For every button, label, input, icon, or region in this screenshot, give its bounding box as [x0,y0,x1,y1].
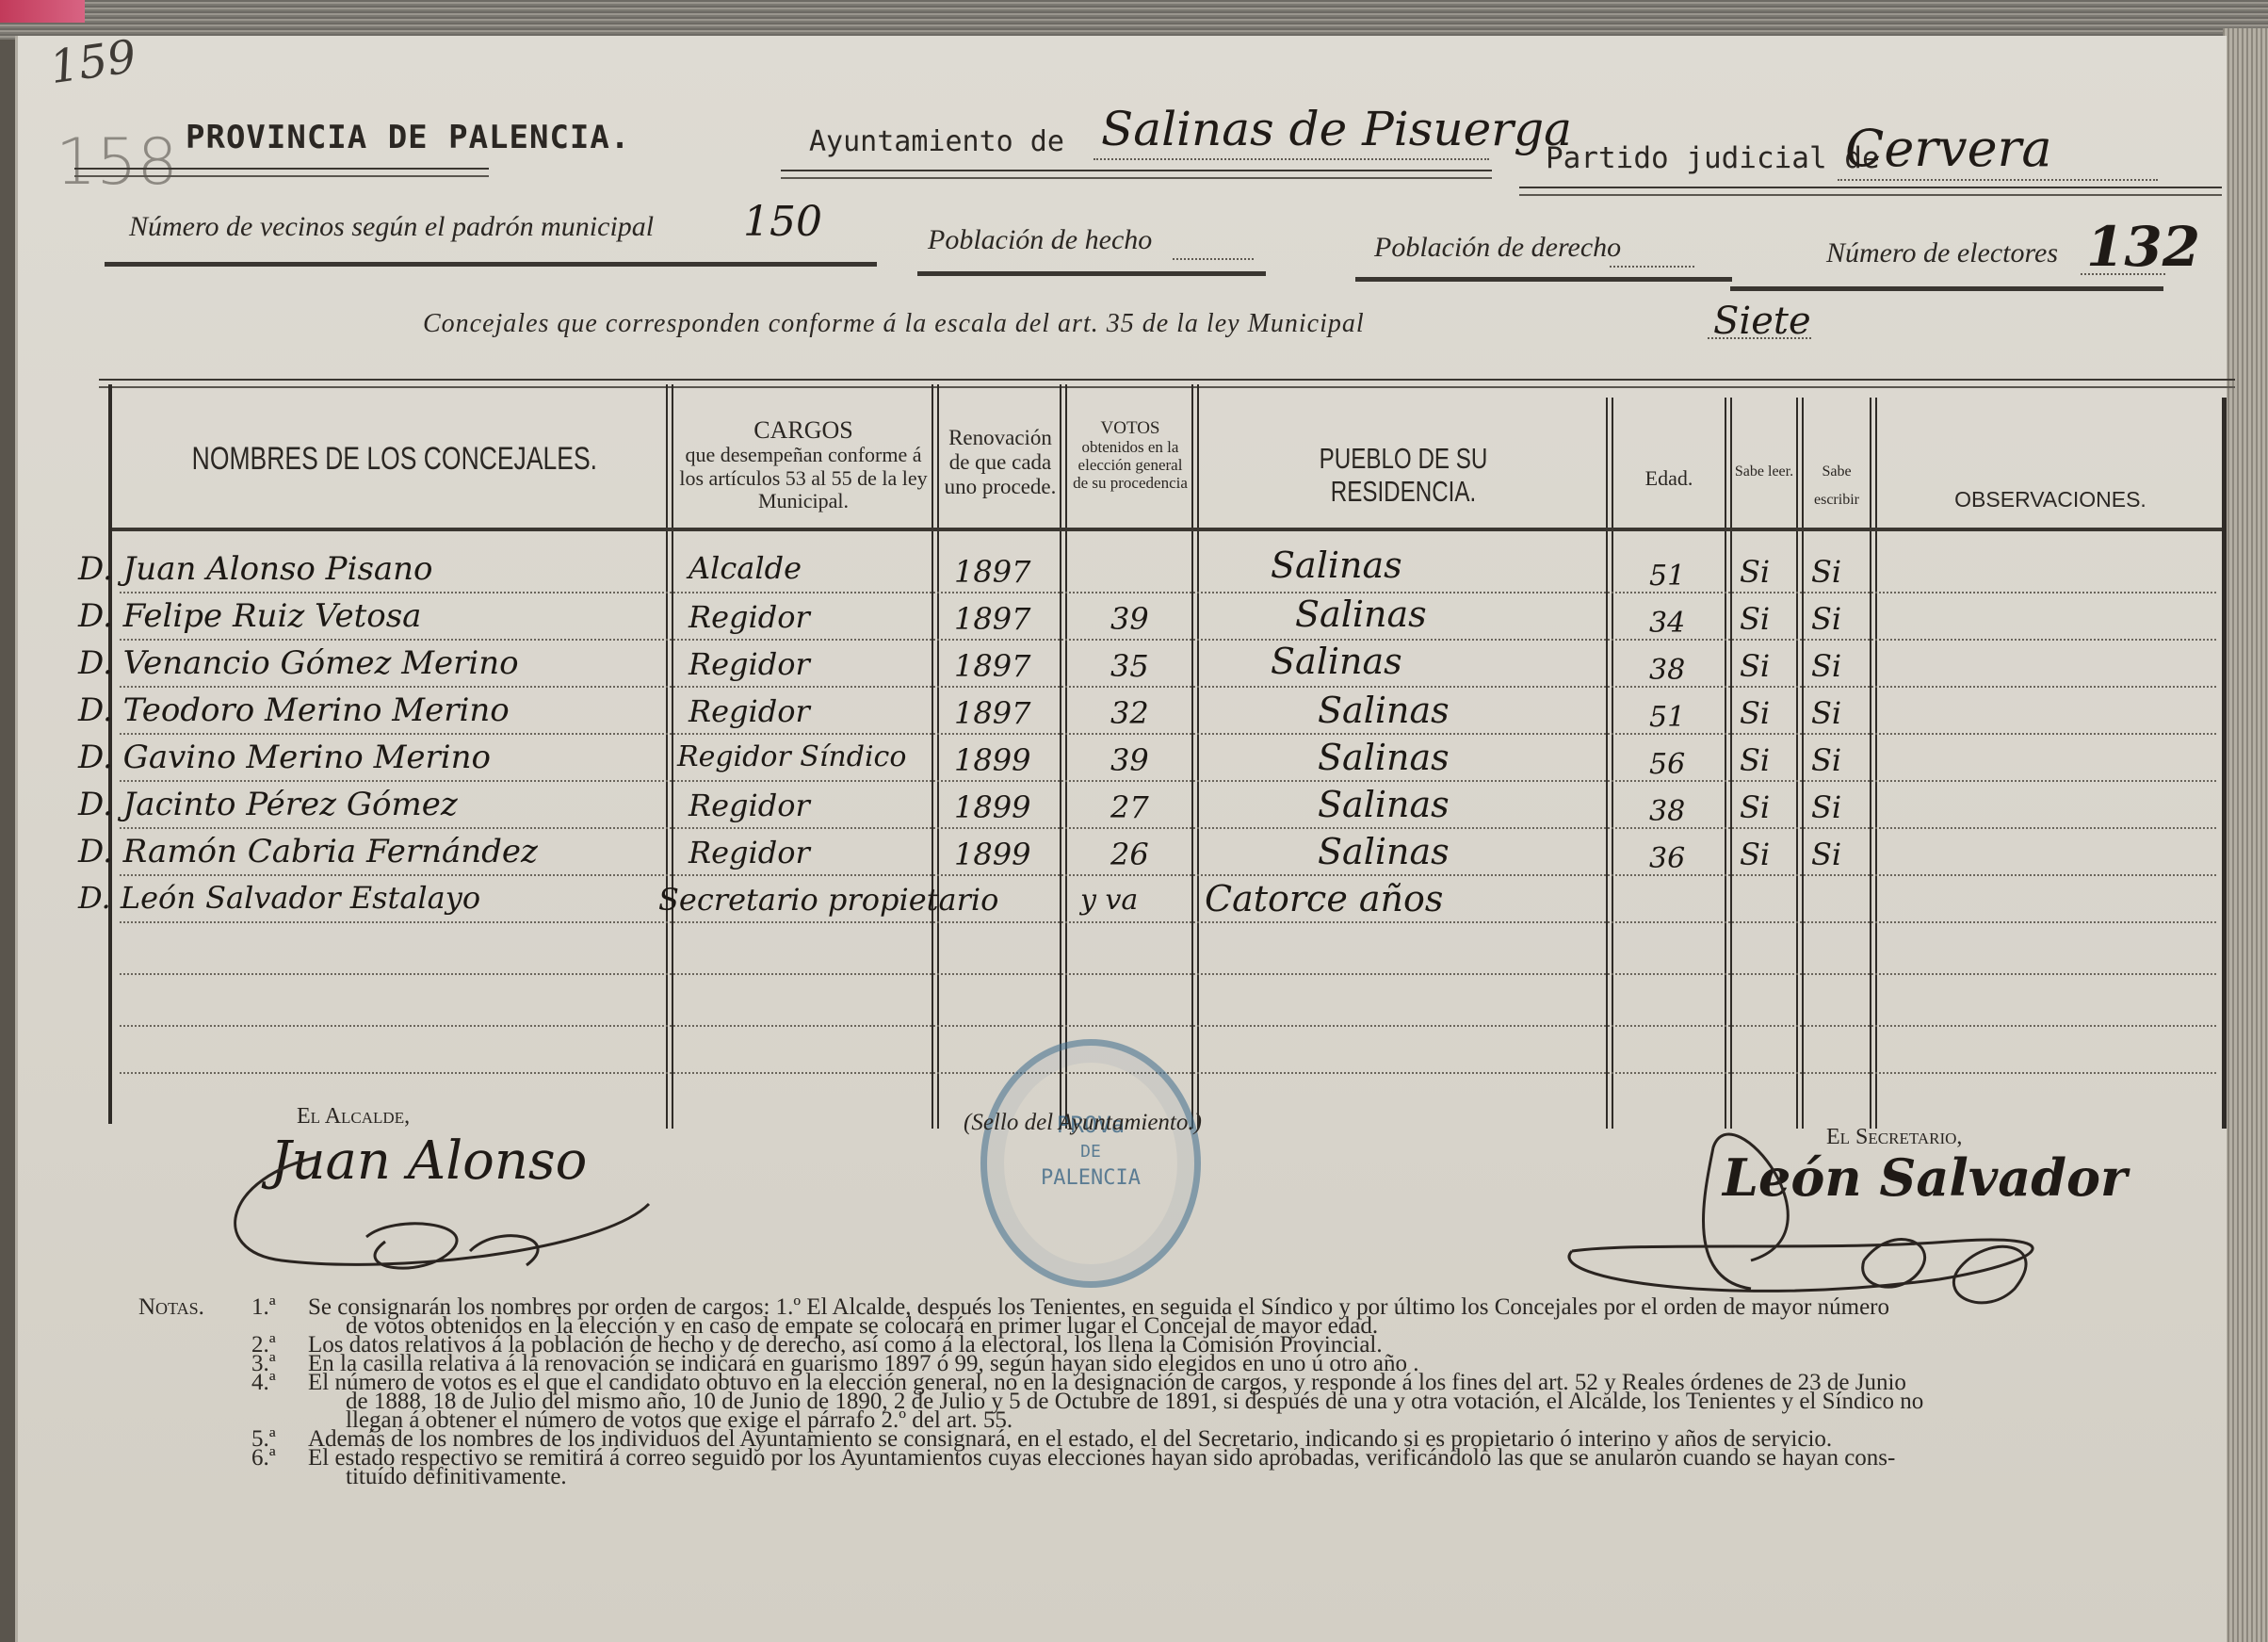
cell-leer: Si [1740,554,1770,590]
cell-nombre: D. Jacinto Pérez Gómez [78,786,458,823]
cell-leer: Si [1740,695,1770,731]
note-number: 4.ª [251,1374,276,1392]
fill-dots [1838,179,2158,181]
header-cargos: CARGOS que desempeñan conforme á los art… [677,416,930,513]
note-6-cont: tituído definitivamente. [138,1468,2220,1487]
row-line [120,592,2216,593]
cell-nombre: D. Teodoro Merino Merino [78,691,510,729]
cell-nombre: D. Juan Alonso Pisano [78,550,433,588]
poblacion-derecho-label: Población de derecho [1374,232,1621,264]
col-divider [1730,398,1732,1129]
header-sabe-escribir: Sabe escribir [1806,458,1868,515]
cell-renovacion: 1897 [954,648,1030,684]
header-rule [112,528,2222,531]
cell-cargo: Regidor [688,599,810,635]
partido-value: Cervera [1845,119,2052,178]
cell-pueblo: Salinas [1295,593,1427,635]
col-divider [672,384,673,1129]
header-observaciones: OBSERVACIONES. [1881,488,2220,512]
partido-label: Partido judicial de [1546,141,1880,175]
cell-pueblo: Salinas [1318,784,1450,825]
ayuntamiento-label: Ayuntamiento de [809,125,1064,158]
row-line [120,639,2216,641]
cell-cargo: Regidor Síndico [677,740,906,773]
cell-edad: 38 [1649,795,1685,828]
rule [781,170,1492,179]
cell-escribir: Si [1811,648,1841,684]
rule [105,262,877,267]
cell-votos: 32 [1110,695,1149,731]
col-divider [1875,398,1877,1129]
row-line [120,1072,2216,1074]
cell-leer: Si [1740,601,1770,637]
cell-renovacion: 1897 [954,695,1030,731]
cell-leer: Si [1740,837,1770,872]
cell-edad: 36 [1649,842,1685,875]
cell-renovacion: 1897 [954,554,1030,590]
col-divider [1191,384,1193,1129]
cell-pueblo: Salinas [1318,690,1450,731]
fill-dots [2081,273,2165,275]
cell-edad: 38 [1649,654,1685,687]
alcalde-flourish-icon [206,1147,696,1289]
cell-escribir: Si [1811,554,1841,590]
col-divider [2222,398,2227,1129]
col-divider [1197,384,1199,1129]
cell-renovacion: 1897 [954,601,1030,637]
book-edge-top [0,0,2268,40]
cell-cargo: Regidor [688,693,810,729]
cell-escribir: Si [1811,742,1841,778]
cell-cargo: Regidor [688,788,810,823]
col-divider [1725,398,1726,1129]
header-pueblo: PUEBLO DE SU RESIDENCIA. [1203,443,1604,508]
poblacion-hecho-label: Población de hecho [928,224,1152,256]
row-line [120,780,2216,782]
table-top-rule [99,379,2235,388]
col-divider [1612,398,1613,1129]
header-cargos-sub: que desempeñan conforme á los artículos … [677,444,930,513]
sello-label: (Sello del Ayuntamiento.) [964,1110,1202,1136]
cell-pueblo: Salinas [1318,831,1450,872]
vecinos-value: 150 [743,198,822,246]
rule [917,271,1266,276]
row-line [120,827,2216,829]
rule [74,168,489,177]
concejales-table: NOMBRES DE LOS CONCEJALES. CARGOS que de… [112,384,2241,1124]
row-line [120,921,2216,923]
cell-leer: Si [1740,789,1770,825]
cell-escribir: Si [1811,837,1841,872]
seal-text-3: PALENCIA [987,1166,1194,1190]
cell-votos: 27 [1110,789,1149,825]
concejales-label: Concejales que corresponden conforme á l… [423,309,1365,339]
col-divider [1060,384,1061,1129]
cell-cargo: Regidor [688,646,810,682]
cell-edad: 56 [1649,748,1685,781]
fill-dots [1708,337,1811,339]
fill-dots [1610,266,1694,268]
col-divider [1065,384,1067,1129]
alcalde-label: El Alcalde, [297,1104,410,1130]
secretario-flourish-icon [1544,1091,2128,1308]
header-votos-sub: obtenidos en la elección general de su p… [1071,438,1190,492]
notes-section: Notas. 1.ª Se consignarán los nombres po… [138,1298,2220,1487]
header-votos-title: VOTOS [1071,418,1190,438]
cell-pueblo: Salinas [1271,545,1402,586]
folio-number-ink: 159 [47,30,140,94]
col-divider [666,384,668,1129]
header-nombres: NOMBRES DE LOS CONCEJALES. [131,441,658,477]
cell-renovacion: 1899 [954,789,1030,825]
cell-cargo: Regidor [688,835,810,870]
rule [1730,286,2163,291]
row-line [120,686,2216,688]
cell-edad: 51 [1649,701,1685,734]
cell-nombre: D. Venancio Gómez Merino [78,644,519,682]
cell-nombre: D. Felipe Ruiz Vetosa [78,597,421,635]
fill-dots [1093,158,1489,160]
cell-nombre: D. Gavino Merino Merino [78,739,491,776]
cell-pueblo: Salinas [1318,737,1450,778]
province-title: PROVINCIA DE PALENCIA. [186,119,630,156]
rule [1519,187,2222,196]
cell-escribir: Si [1811,601,1841,637]
cell-votos: y va [1080,884,1138,917]
vecinos-label: Número de vecinos según el padrón munici… [129,211,654,243]
row-line [120,733,2216,735]
electores-label: Número de electores [1826,237,2058,269]
col-divider [931,384,933,1129]
folio-number-pencil: 158 [56,125,178,200]
fill-dots [1173,258,1254,260]
header-sabe-leer: Sabe leer. [1734,458,1794,486]
cell-pueblo: Salinas [1271,641,1402,682]
cell-votos: 39 [1110,601,1149,637]
header-renovacion: Renovación de que cada uno procede. [943,426,1058,498]
electores-value: 132 [2086,215,2200,279]
bookmark-ribbon [0,0,85,23]
document-page: 159 158 PROVINCIA DE PALENCIA. Ayuntamie… [15,36,2227,1642]
cell-nombre: D. León Salvador Estalayo [78,880,480,916]
ayuntamiento-seal: PROVa DE PALENCIA [980,1039,1201,1288]
cell-edad: 34 [1649,607,1685,640]
cell-cargo: Secretario propietario [658,882,998,918]
header-cargos-title: CARGOS [677,416,930,444]
cell-cargo: Alcalde [688,550,802,586]
cell-votos: 39 [1110,742,1149,778]
cell-leer: Si [1740,648,1770,684]
rule [1355,277,1732,282]
header-nombres-text: NOMBRES DE LOS CONCEJALES. [192,441,597,477]
cell-renovacion: 1899 [954,837,1030,872]
col-divider [937,384,939,1129]
col-divider [1802,398,1804,1129]
row-line [120,973,2216,975]
cell-nombre: D. Ramón Cabria Fernández [78,833,538,870]
note-text: tituído definitivamente. [346,1468,567,1487]
ayuntamiento-value: Salinas de Pisuerga [1101,102,1572,156]
cell-votos: 35 [1110,648,1149,684]
note-number: 1.ª [251,1298,276,1317]
cell-votos: 26 [1110,837,1149,872]
seal-text-2: DE [987,1142,1194,1162]
row-line [120,874,2216,876]
cell-leer: Si [1740,742,1770,778]
row-line [120,1025,2216,1027]
col-divider [1796,398,1798,1129]
header-votos: VOTOS obtenidos en la elección general d… [1071,418,1190,492]
cell-edad: 51 [1649,560,1685,593]
cell-escribir: Si [1811,789,1841,825]
header-pueblo-text: PUEBLO DE SU RESIDENCIA. [1247,443,1560,508]
col-divider [1606,398,1608,1129]
col-divider [1870,398,1871,1129]
cell-renovacion: 1899 [954,742,1030,778]
note-number: 6.ª [251,1449,276,1468]
cell-escribir: Si [1811,695,1841,731]
cell-pueblo: Catorce años [1205,878,1443,919]
header-edad: Edad. [1615,467,1723,491]
